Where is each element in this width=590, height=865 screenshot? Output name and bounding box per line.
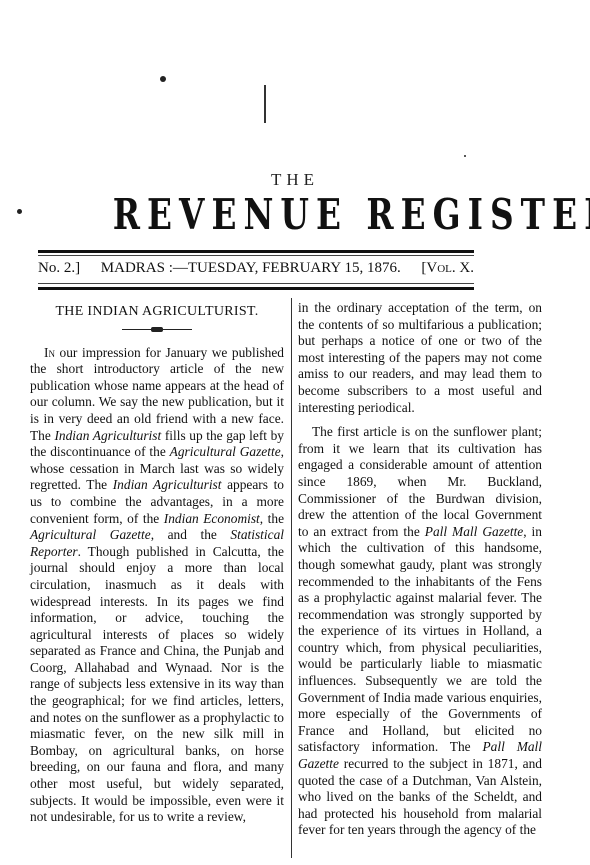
rule-bottom-thick [38,287,474,290]
rule-top-thin [38,255,474,256]
ornament-divider [122,327,192,333]
masthead-title: REVENUE REGISTER. [113,190,487,239]
rule-top-thick [38,250,474,253]
article-left-column: THE INDIAN AGRICULTURIST. In our impress… [30,300,284,826]
article-paragraph: In our impression for January we publish… [30,345,284,826]
scan-mark [264,85,266,123]
issue-place-date: MADRAS :—TUESDAY, FEBRUARY 15, 1876. [101,260,401,277]
article-right-column: in the ordinary acceptation of the term,… [298,300,542,839]
scan-speck [160,76,166,82]
article-paragraph: in the ordinary acceptation of the term,… [298,300,542,416]
issue-volume: [Vol. X. [421,260,474,277]
scan-speck [17,209,22,214]
article-heading: THE INDIAN AGRICULTURIST. [30,304,284,321]
rule-bottom-thin [38,283,474,284]
masthead-the: THE [0,170,590,190]
scan-speck [464,155,466,157]
column-divider [291,298,292,858]
dateline: No. 2.] MADRAS :—TUESDAY, FEBRUARY 15, 1… [38,260,474,277]
article-paragraph: The first article is on the sunflower pl… [298,424,542,839]
issue-number: No. 2.] [38,260,80,277]
